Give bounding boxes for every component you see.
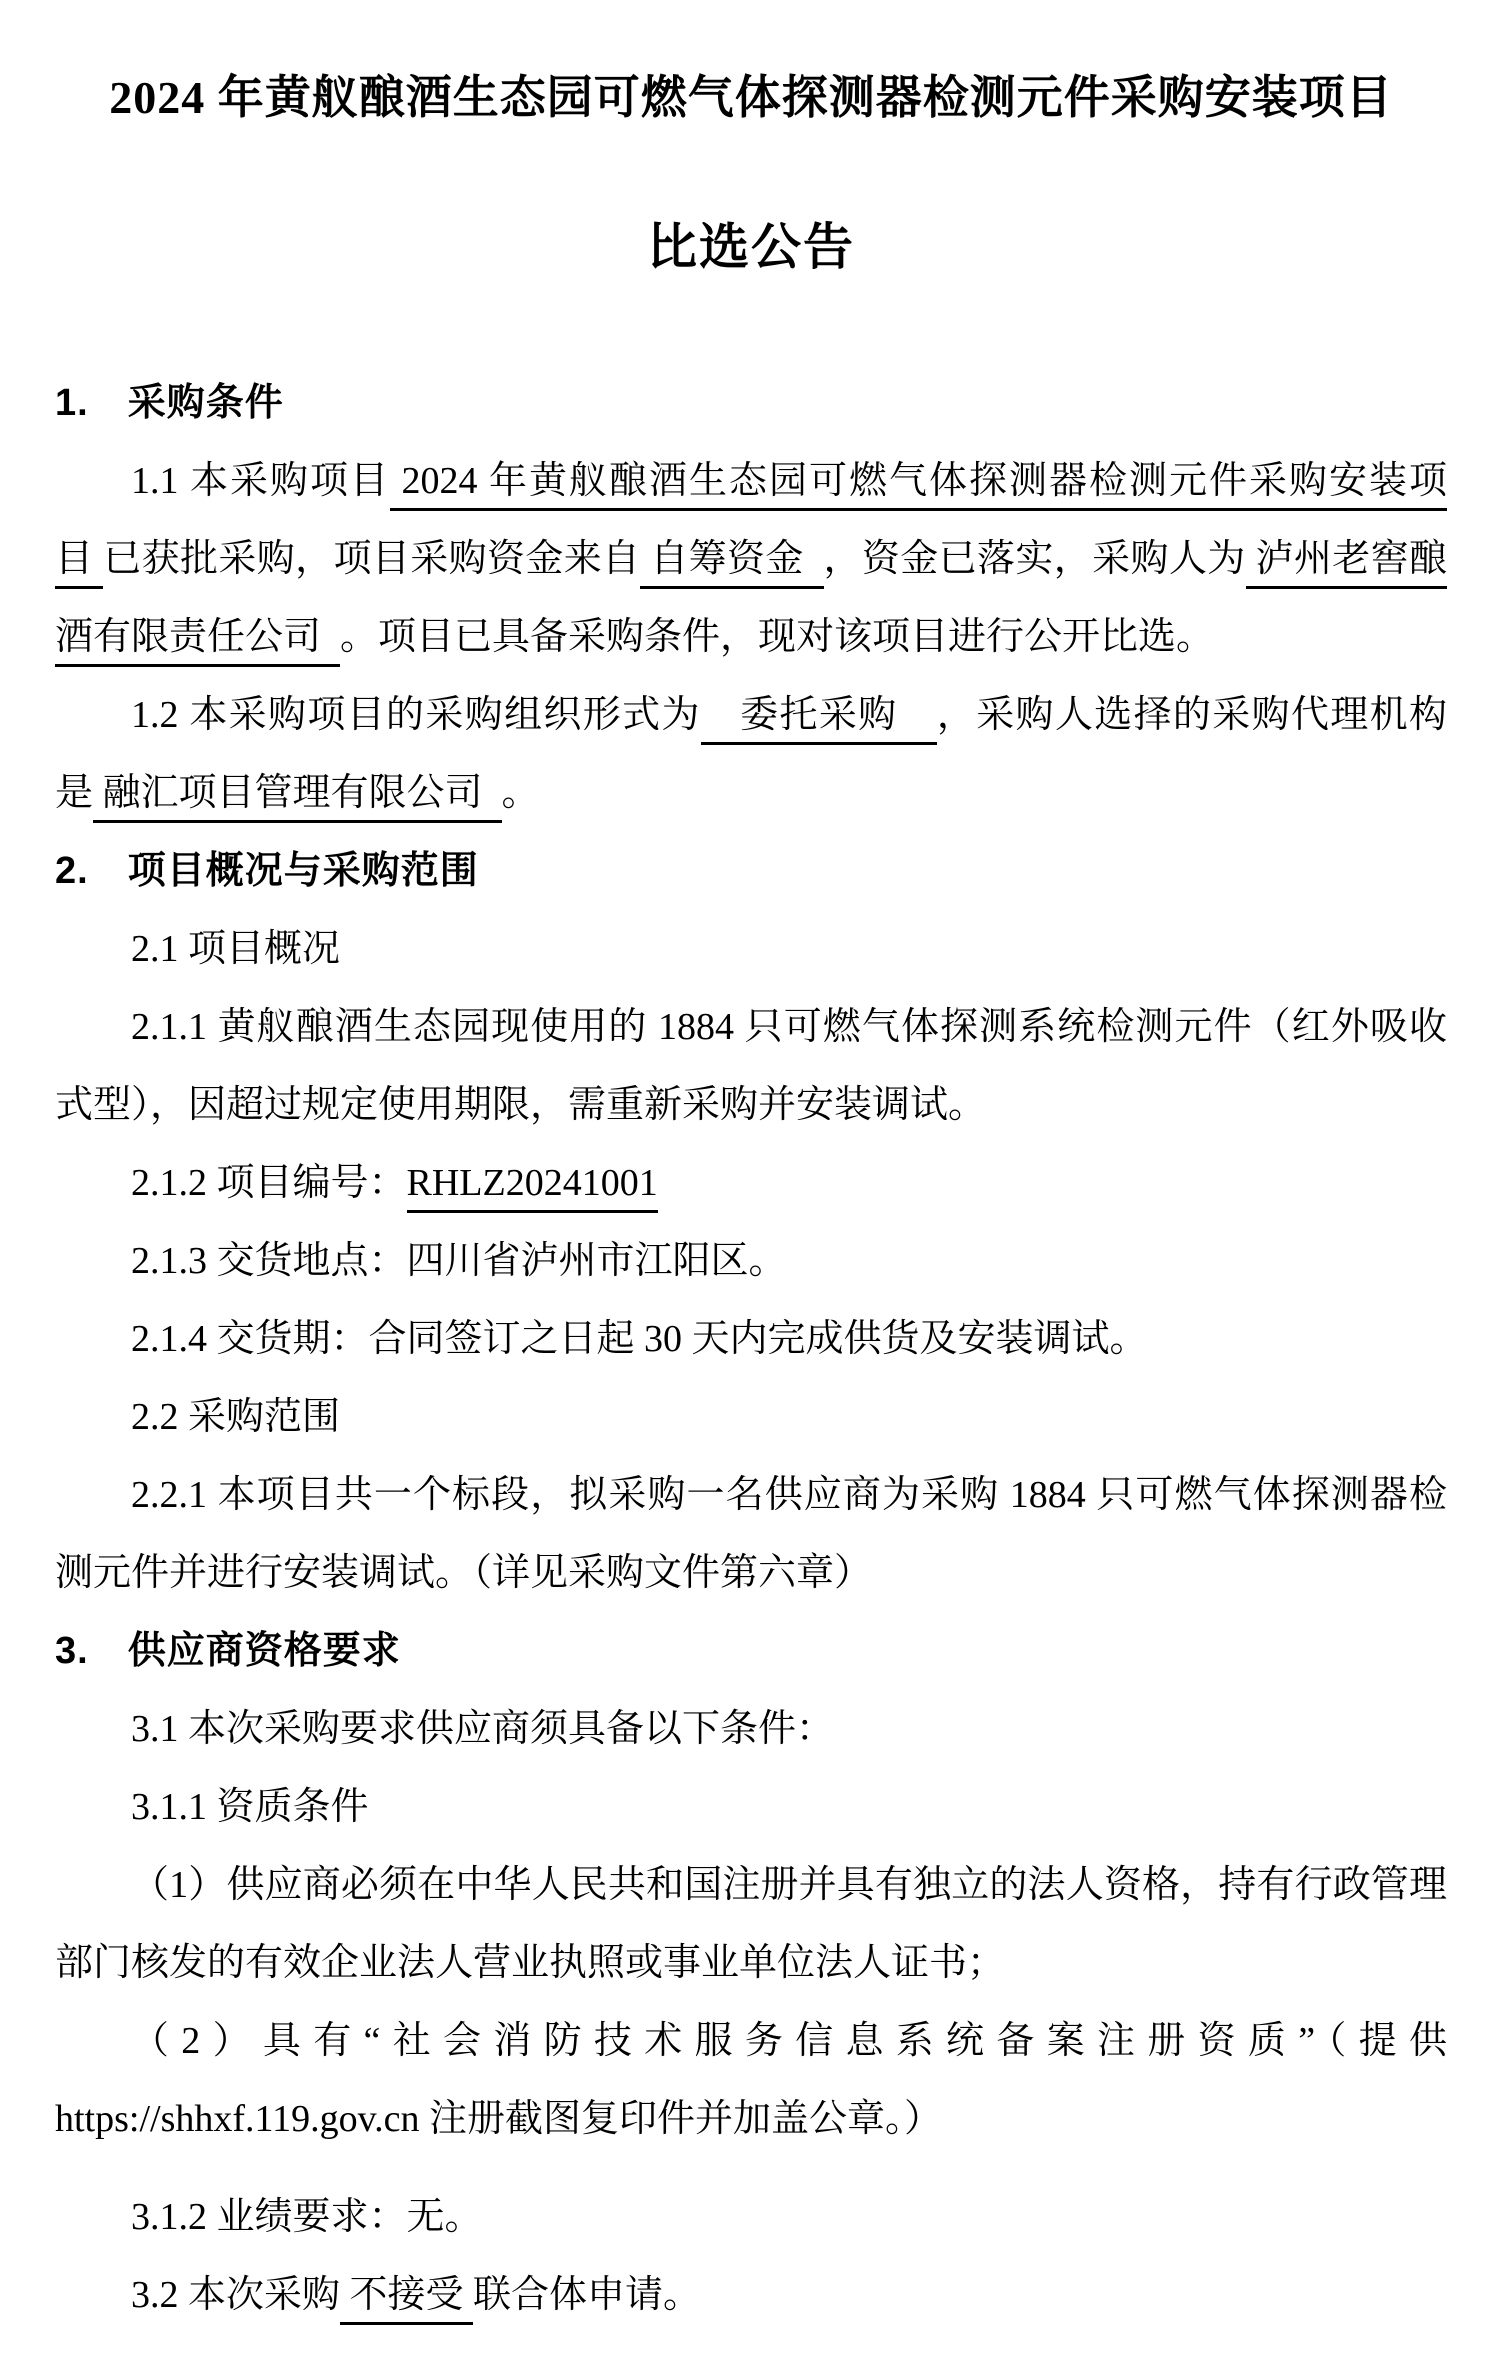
paragraph: 3.1.2 业绩要求：无。 xyxy=(55,2178,1447,2256)
text-run: 2.1.4 交货期：合同签订之日起 30 天内完成供货及安装调试。 xyxy=(131,1318,1148,1360)
section-heading: 3. 供应商资格要求 xyxy=(55,1612,1447,1690)
paragraph: 2.1.1 黄舣酿酒生态园现使用的 1884 只可燃气体探测系统检测元件（红外吸… xyxy=(55,988,1447,1144)
section-heading: 2. 项目概况与采购范围 xyxy=(55,832,1447,910)
text-run: 联合体申请。 xyxy=(473,2274,701,2316)
paragraph: 1.2 本采购项目的采购组织形式为 委托采购 ，采购人选择的采购代理机构是 融汇… xyxy=(55,676,1447,832)
text-run: 2.2.1 本项目共一个标段，拟采购一名供应商为采购 1884 只可燃气体探测器… xyxy=(55,1474,1447,1594)
paragraph: 2.2.1 本项目共一个标段，拟采购一名供应商为采购 1884 只可燃气体探测器… xyxy=(55,1456,1447,1612)
paragraph: 2.1.3 交货地点：四川省泸州市江阳区。 xyxy=(55,1222,1447,1300)
document-body: 1. 采购条件1.1 本采购项目 2024 年黄舣酿酒生态园可燃气体探测器检测元… xyxy=(55,364,1447,2334)
underlined-field: 融汇项目管理有限公司 xyxy=(93,772,502,823)
text-run: 2.1 项目概况 xyxy=(131,928,340,970)
text-run: 3.2 本次采购 xyxy=(131,2274,340,2316)
paragraph: 3.2 本次采购 不接受 联合体申请。 xyxy=(55,2256,1447,2334)
underlined-field: 自筹资金 xyxy=(640,538,823,589)
text-run: 2.1.2 项目编号： xyxy=(131,1162,407,1204)
text-run: 2.1.1 黄舣酿酒生态园现使用的 1884 只可燃气体探测系统检测元件（红外吸… xyxy=(55,1006,1447,1126)
text-run: 1.2 本采购项目的采购组织形式为 xyxy=(131,694,701,736)
paragraph: （1）供应商必须在中华人民共和国注册并具有独立的法人资格，持有行政管理部门核发的… xyxy=(55,1846,1447,2002)
document-subtitle: 比选公告 xyxy=(55,214,1447,280)
paragraph: 2.2 采购范围 xyxy=(55,1378,1447,1456)
paragraph: 2.1 项目概况 xyxy=(55,910,1447,988)
text-run: 。 xyxy=(502,772,540,814)
text-run: 。项目已具备采购条件，现对该项目进行公开比选。 xyxy=(340,616,1214,658)
underlined-field: 不接受 xyxy=(340,2274,473,2325)
text-run: 3.1.2 业绩要求：无。 xyxy=(131,2196,483,2238)
text-run: 已获批采购，项目采购资金来自 xyxy=(103,538,640,580)
text-run: （2）具有“社会消防技术服务信息系统备案注册资质”（提供 https://shh… xyxy=(55,2020,1447,2140)
text-run: ，资金已落实，采购人为 xyxy=(824,538,1246,580)
text-run: 2.2 采购范围 xyxy=(131,1396,340,1438)
paragraph: （2）具有“社会消防技术服务信息系统备案注册资质”（提供 https://shh… xyxy=(55,2002,1447,2158)
text-run: （1）供应商必须在中华人民共和国注册并具有独立的法人资格，持有行政管理部门核发的… xyxy=(55,1864,1447,1984)
paragraph: 1.1 本采购项目 2024 年黄舣酿酒生态园可燃气体探测器检测元件采购安装项目… xyxy=(55,442,1447,676)
underlined-field: RHLZ20241001 xyxy=(407,1162,658,1213)
underlined-field: 委托采购 xyxy=(701,694,937,745)
text-run: 3.1.1 资质条件 xyxy=(131,1786,369,1828)
paragraph: 3.1.1 资质条件 xyxy=(55,1768,1447,1846)
text-run: 3.1 本次采购要求供应商须具备以下条件： xyxy=(131,1708,834,1750)
document-page: 2024 年黄舣酿酒生态园可燃气体探测器检测元件采购安装项目 比选公告 1. 采… xyxy=(0,0,1500,2376)
paragraph: 2.1.2 项目编号：RHLZ20241001 xyxy=(55,1144,1447,1222)
paragraph: 2.1.4 交货期：合同签订之日起 30 天内完成供货及安装调试。 xyxy=(55,1300,1447,1378)
document-title: 2024 年黄舣酿酒生态园可燃气体探测器检测元件采购安装项目 xyxy=(55,66,1447,130)
text-run: 2.1.3 交货地点：四川省泸州市江阳区。 xyxy=(131,1240,787,1282)
section-heading: 1. 采购条件 xyxy=(55,364,1447,442)
text-run: 1.1 本采购项目 xyxy=(131,460,390,502)
paragraph: 3.1 本次采购要求供应商须具备以下条件： xyxy=(55,1690,1447,1768)
